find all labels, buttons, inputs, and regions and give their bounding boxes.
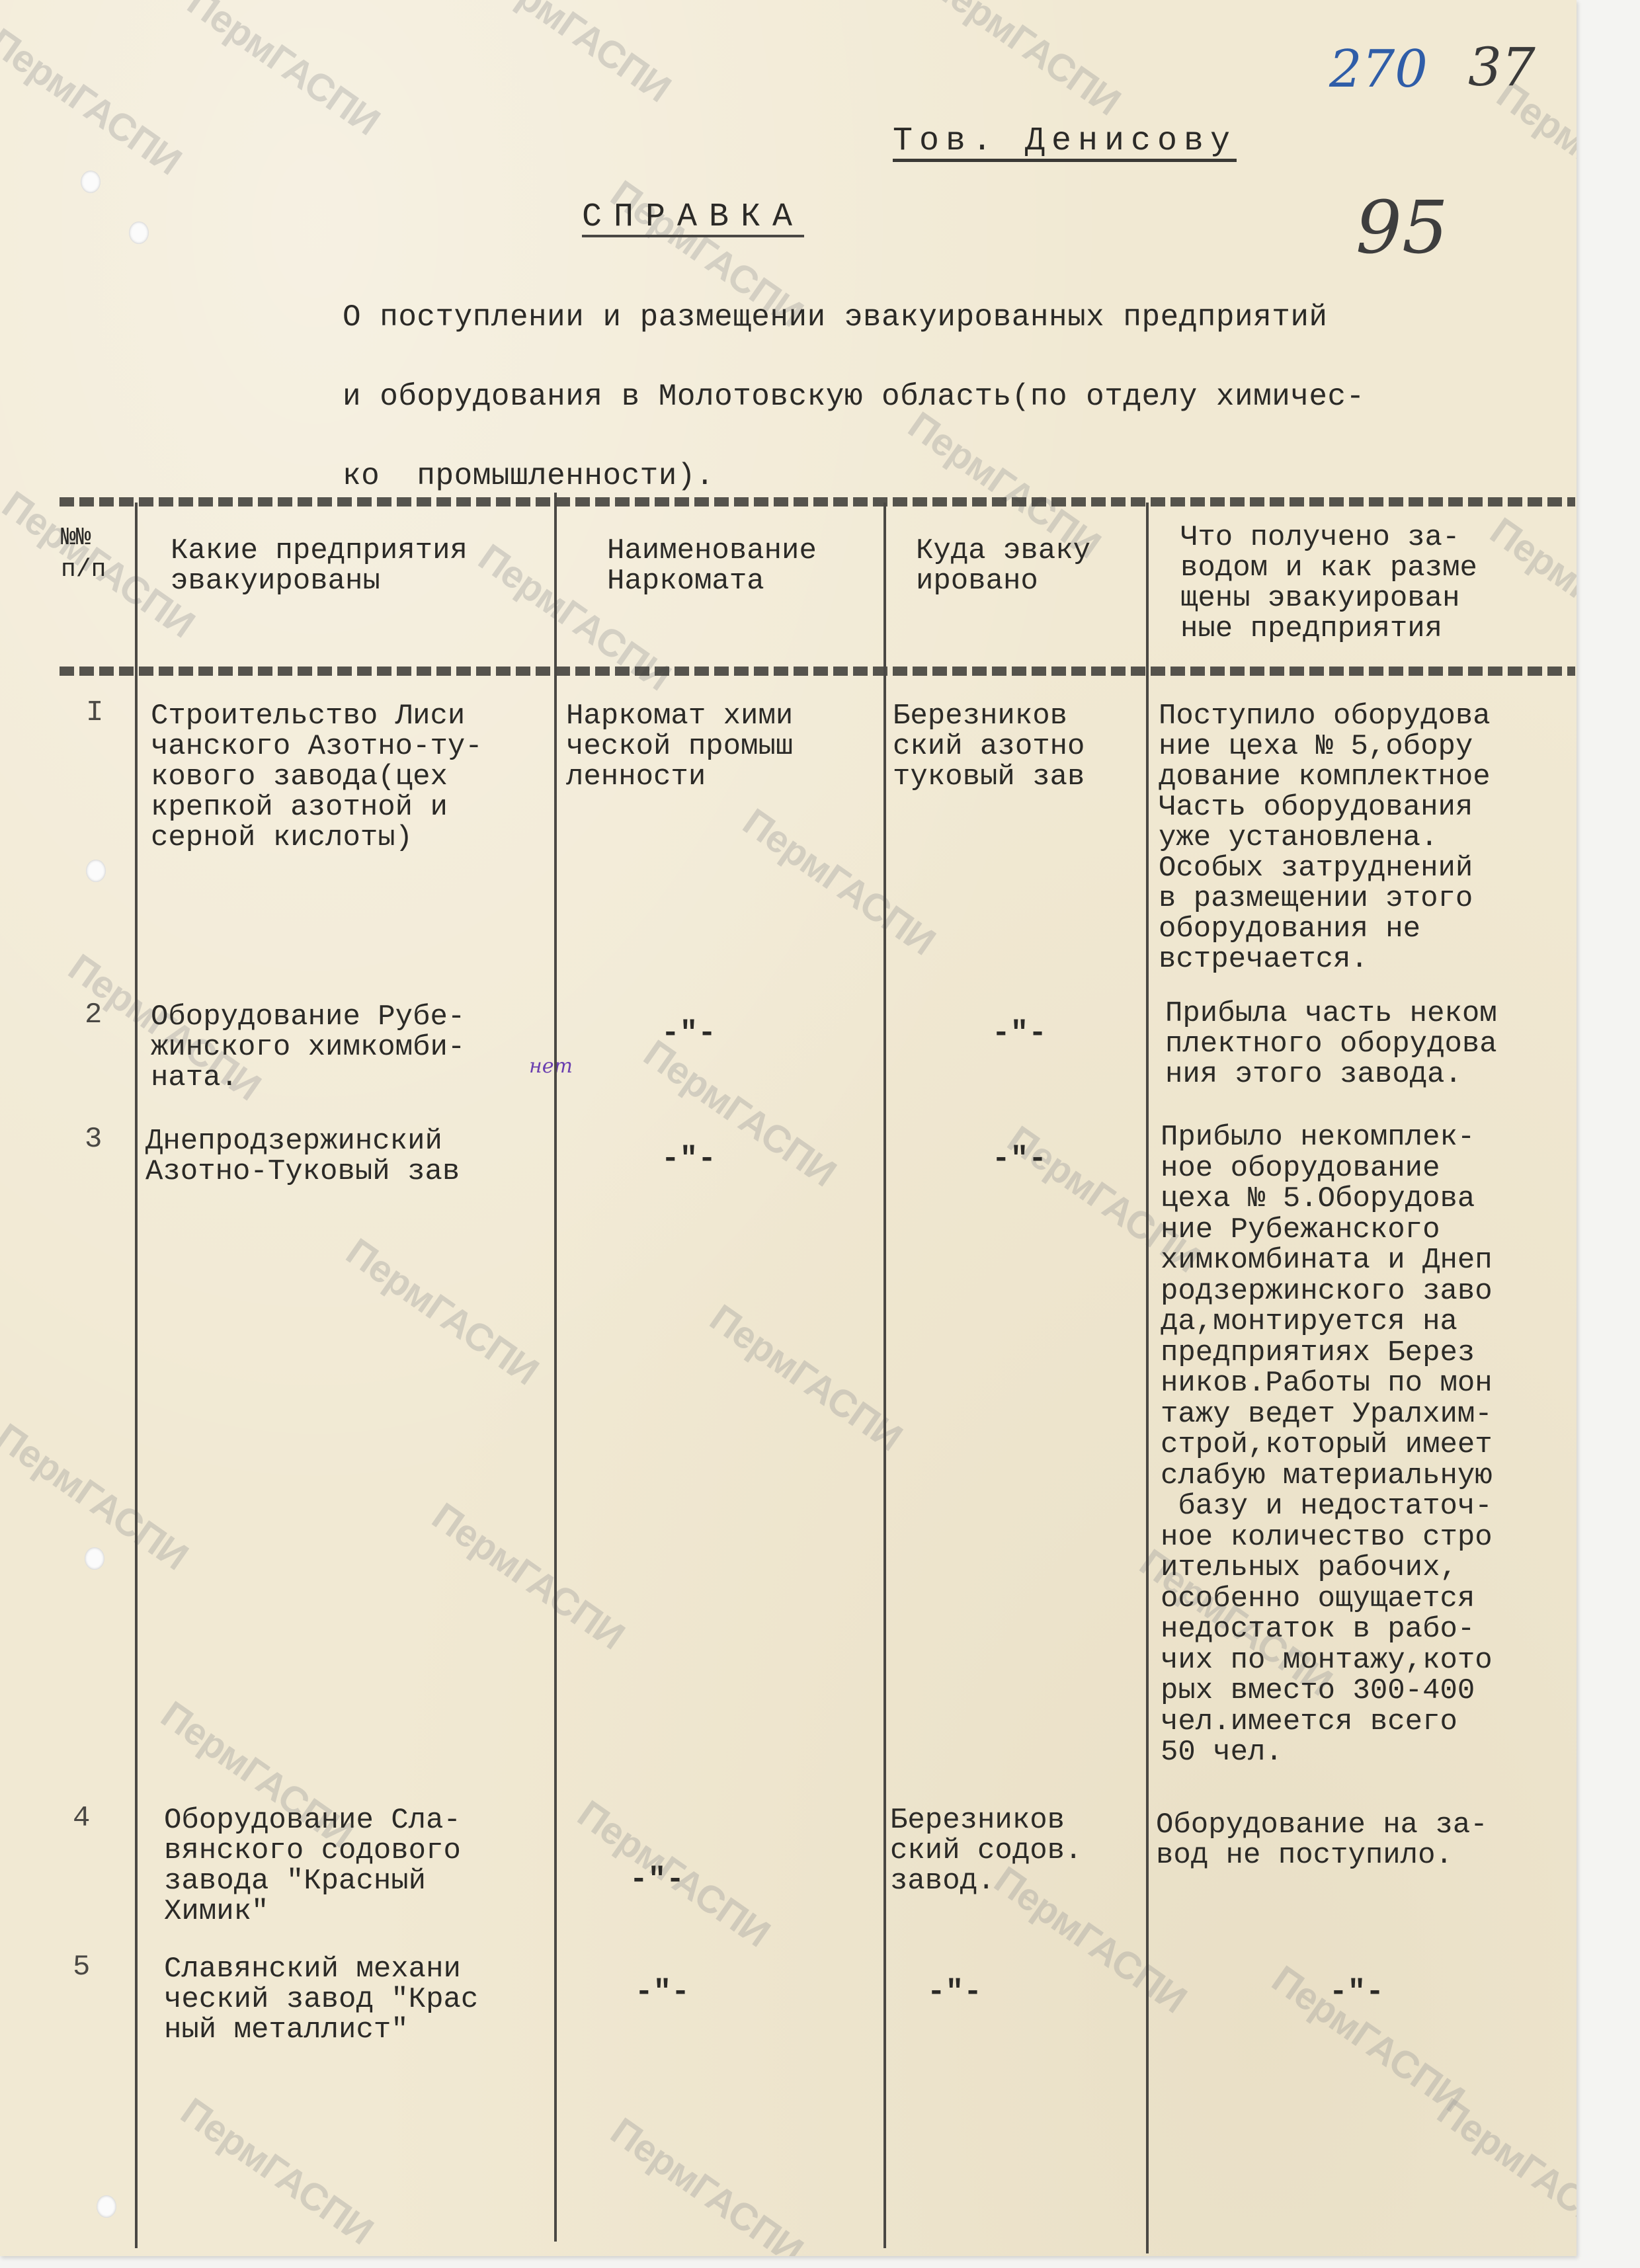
row-enterprise: Строительство Лиси чанского Азотно-ту- к…: [151, 701, 483, 853]
intro-line: и оборудования в Молотовскую область(по …: [343, 380, 1365, 414]
punch-hole: [97, 2195, 116, 2218]
row-number: 5: [73, 1952, 90, 1982]
watermark: ПермГАСПИ: [735, 799, 943, 963]
row-destination: Березников ский азотно туковый зав: [893, 701, 1085, 792]
watermark: ПермГАСПИ: [1482, 508, 1577, 672]
row-enterprise: Оборудование Рубе- жинского химкомби- на…: [151, 1002, 465, 1093]
row-enterprise: Славянский механи ческий завод "Крас ный…: [164, 1954, 478, 2045]
watermark: ПермГАСПИ: [602, 2109, 811, 2256]
row-received: -"-: [1329, 1977, 1384, 2007]
row-received: Прибыла часть неком плектного оборудова …: [1165, 998, 1497, 1090]
margin-note-handwritten: нет: [529, 1055, 573, 1078]
row-number: 2: [85, 1000, 102, 1030]
intro-line: ко промышленности).: [343, 459, 714, 493]
header-narkomat: Наименование Наркомата: [607, 536, 817, 596]
punch-hole: [81, 171, 101, 193]
column-divider: [1146, 503, 1149, 2253]
watermark: ПермГАСПИ: [920, 0, 1128, 124]
document-title: СПРАВКА: [582, 202, 804, 237]
watermark: ПермГАСПИ: [470, 0, 678, 111]
header-received: Что получено за- водом и как разме щены …: [1180, 522, 1477, 644]
intro-line: О поступлении и размещении эвакуированны…: [343, 300, 1328, 335]
header-enterprise: Какие предприятия эвакуированы: [171, 536, 468, 596]
row-destination: -"-: [992, 1144, 1047, 1174]
watermark: ПермГАСПИ: [702, 1295, 910, 1459]
row-destination: -"-: [992, 1018, 1047, 1049]
punch-hole: [85, 1547, 104, 1570]
column-divider: [554, 493, 557, 2242]
header-num: №№ п/п: [61, 522, 106, 586]
watermark: ПермГАСПИ: [179, 0, 388, 144]
page-number-handwritten: 95: [1356, 185, 1448, 270]
row-received: Прибыло некомплек- ное оборудование цеха…: [1161, 1122, 1493, 1768]
addressee: Тов. Денисову: [893, 126, 1237, 162]
column-divider: [135, 503, 138, 2248]
watermark: ПермГАСПИ: [0, 19, 189, 183]
row-destination: -"-: [927, 1977, 982, 2007]
watermark: ПермГАСПИ: [424, 1494, 632, 1658]
row-narkomat: -"-: [630, 1865, 684, 1895]
document-page: ПермГАСПИ ПермГАСПИ ПермГАСПИ ПермГАСПИ …: [0, 0, 1577, 2256]
watermark: ПермГАСПИ: [338, 1229, 546, 1393]
row-received: Поступило оборудова ние цеха № 5,обору д…: [1159, 701, 1491, 975]
archive-number-handwritten: 270: [1329, 40, 1428, 99]
row-number: I: [86, 698, 103, 728]
watermark: ПермГАСПИ: [1429, 2089, 1577, 2253]
watermark: ПермГАСПИ: [173, 2089, 381, 2253]
intro-paragraph: О поступлении и размещении эвакуированны…: [343, 278, 1365, 516]
row-number: 4: [73, 1803, 90, 1834]
row-received: Оборудование на за- вод не поступило.: [1156, 1810, 1488, 1871]
punch-hole: [86, 860, 106, 882]
row-destination: Березников ский содов. завод.: [890, 1805, 1082, 1896]
row-enterprise: Днепродзержинский Азотно-Туковый зав: [145, 1126, 460, 1187]
row-narkomat: -"-: [661, 1018, 716, 1049]
table-header-rule: [60, 667, 1575, 676]
row-narkomat: -"-: [635, 1977, 690, 2007]
punch-hole: [129, 222, 149, 244]
row-enterprise: Оборудование Сла- вянского содового заво…: [164, 1805, 461, 1927]
header-destination: Куда эваку ировано: [916, 536, 1090, 596]
row-narkomat: -"-: [661, 1144, 716, 1174]
column-divider: [883, 503, 886, 2248]
sheet-number-handwritten: 37: [1468, 36, 1536, 98]
table-top-rule: [60, 497, 1575, 506]
row-narkomat: Наркомат хими ческой промыш ленности: [566, 701, 793, 792]
row-number: 3: [85, 1124, 102, 1154]
